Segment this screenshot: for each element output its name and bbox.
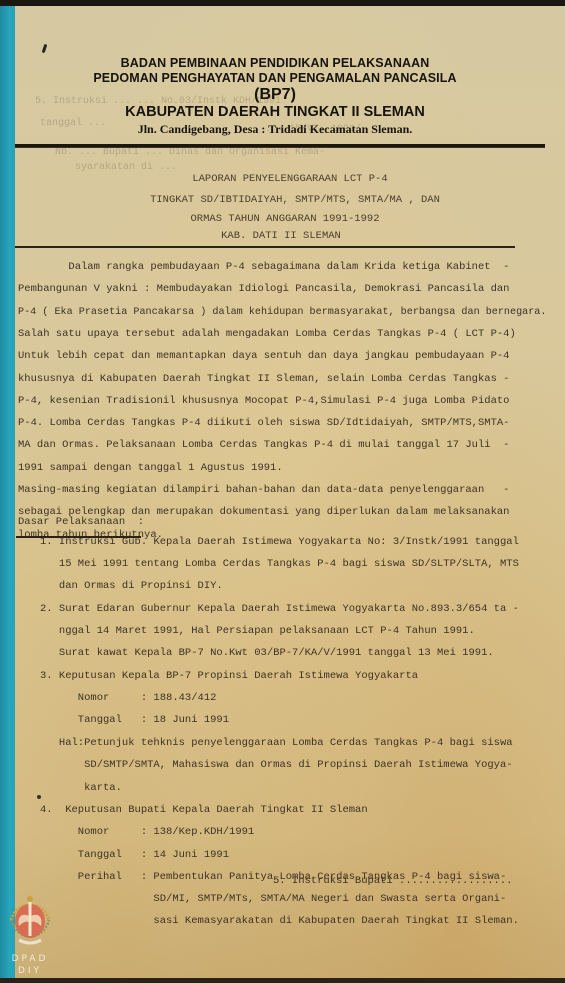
list-item-line: Nomor : 138/Kep.KDH/1991 [40,825,254,839]
letterhead-divider [15,144,545,148]
list-item-line: karta. [40,781,122,795]
letterhead-agency-line2: PEDOMAN PENGHAYATAN DAN PENGAMALAN PANCA… [15,71,535,86]
list-item-line: Nomor : 188.43/412 [40,691,216,705]
list-item-line: 1. Instruksi Gub. Kepala Daerah Istimewa… [40,535,519,549]
list-item-line: Tanggal : 18 Juni 1991 [40,713,229,727]
title-divider [15,246,515,248]
title-line: KAB. DATI II SLEMAN [15,228,535,245]
margin-dot [37,795,41,799]
title-line: LAPORAN PENYELENGGARAAN LCT P-4 [15,169,535,190]
intro-line: P-4. Lomba Cerdas Tangkas P-4 diikuti ol… [18,416,509,430]
watermark-label-line1: DPAD [5,954,55,964]
list-item-line: Hal:Petunjuk tehknis penyelenggaraan Lom… [40,736,513,750]
list-item-line: SD/MI, SMTP/MTs, SMTA/MA Negeri dan Swas… [40,892,506,906]
title-line: ORMAS TAHUN ANGGARAN 1991-1992 [15,211,535,228]
intro-line: khususnya di Kabupaten Daerah Tingkat II… [18,372,509,386]
section-heading: Dasar Pelaksanaan : [18,515,144,529]
list-item-line: Tanggal : 14 Juni 1991 [40,848,229,862]
intro-line: Salah satu upaya tersebut adalah mengada… [18,327,516,341]
letterhead-regency: KABUPATEN DAERAH TINGKAT II SLEMAN [15,104,535,121]
intro-line: Untuk lebih cepat dan memantapkan daya s… [18,349,509,363]
intro-line: Dalam rangka pembudayaan P-4 sebagaimana… [18,260,509,274]
letterhead-address: Jln. Candigebang, Desa : Tridadi Kecamat… [15,121,535,137]
intro-line: Masing-masing kegiatan dilampiri bahan-b… [18,483,509,497]
list-item-line: 15 Mei 1991 tentang Lomba Cerdas Tangkas… [40,557,519,571]
intro-line: P-4 ( Eka Prasetia Pancakarsa ) dalam ke… [18,305,546,319]
scan-bottom-edge [0,978,565,983]
letterhead: BADAN PEMBINAAN PENDIDIKAN PELAKSANAAN P… [15,56,535,137]
document-page: 5. Instruksi ... ... No.03/Instk KDH/199… [15,6,565,979]
dpad-diy-watermark: DPAD DIY [5,890,55,980]
title-line: TINGKAT SD/IBTIDAIYAH, SMTP/MTS, SMTA/MA… [15,190,535,211]
continuation-note: 5. Instruksi Bupati .................. [273,874,512,888]
letterhead-acronym: (BP7) [15,86,535,104]
list-item-line: dan Ormas di Propinsi DIY. [40,579,223,593]
intro-line: Pembangunan V yakni : Membudayakan Idiol… [18,282,509,296]
watermark-label-line2: DIY [5,966,55,976]
intro-line: 1991 sampai dengan tanggal 1 Agustus 199… [18,461,283,475]
binding-edge [0,6,16,981]
list-item-line: sasi Kemasyarakatan di Kabupaten Daerah … [40,914,519,928]
list-item-line: nggal 14 Maret 1991, Hal Persiapan pelak… [40,624,475,638]
list-item-line: Surat kawat Kepala BP-7 No.Kwt 03/BP-7/K… [40,646,494,660]
letterhead-agency-line1: BADAN PEMBINAAN PENDIDIKAN PELAKSANAAN [15,56,535,71]
list-item-line: 2. Surat Edaran Gubernur Kepala Daerah I… [40,602,519,616]
intro-line: P-4, kesenian Tradisionil khususnya Moco… [18,394,509,408]
list-item-line: SD/SMTP/SMTA, Mahasiswa dan Ormas di Pro… [40,758,513,772]
list-item-line: 4. Keputusan Bupati Kepala Daerah Tingka… [40,803,368,817]
intro-line: MA dan Ormas. Pelaksanaan Lomba Cerdas T… [18,438,509,452]
list-item-line: 3. Keputusan Kepala BP-7 Propinsi Daerah… [40,669,418,683]
dpad-diy-emblem-icon [5,890,55,952]
ink-spot [42,44,48,53]
report-title: LAPORAN PENYELENGGARAAN LCT P-4 TINGKAT … [15,169,535,245]
bleed-through-text: Nb. ... Bupati ... Dinas dan Organisasi … [55,147,325,158]
